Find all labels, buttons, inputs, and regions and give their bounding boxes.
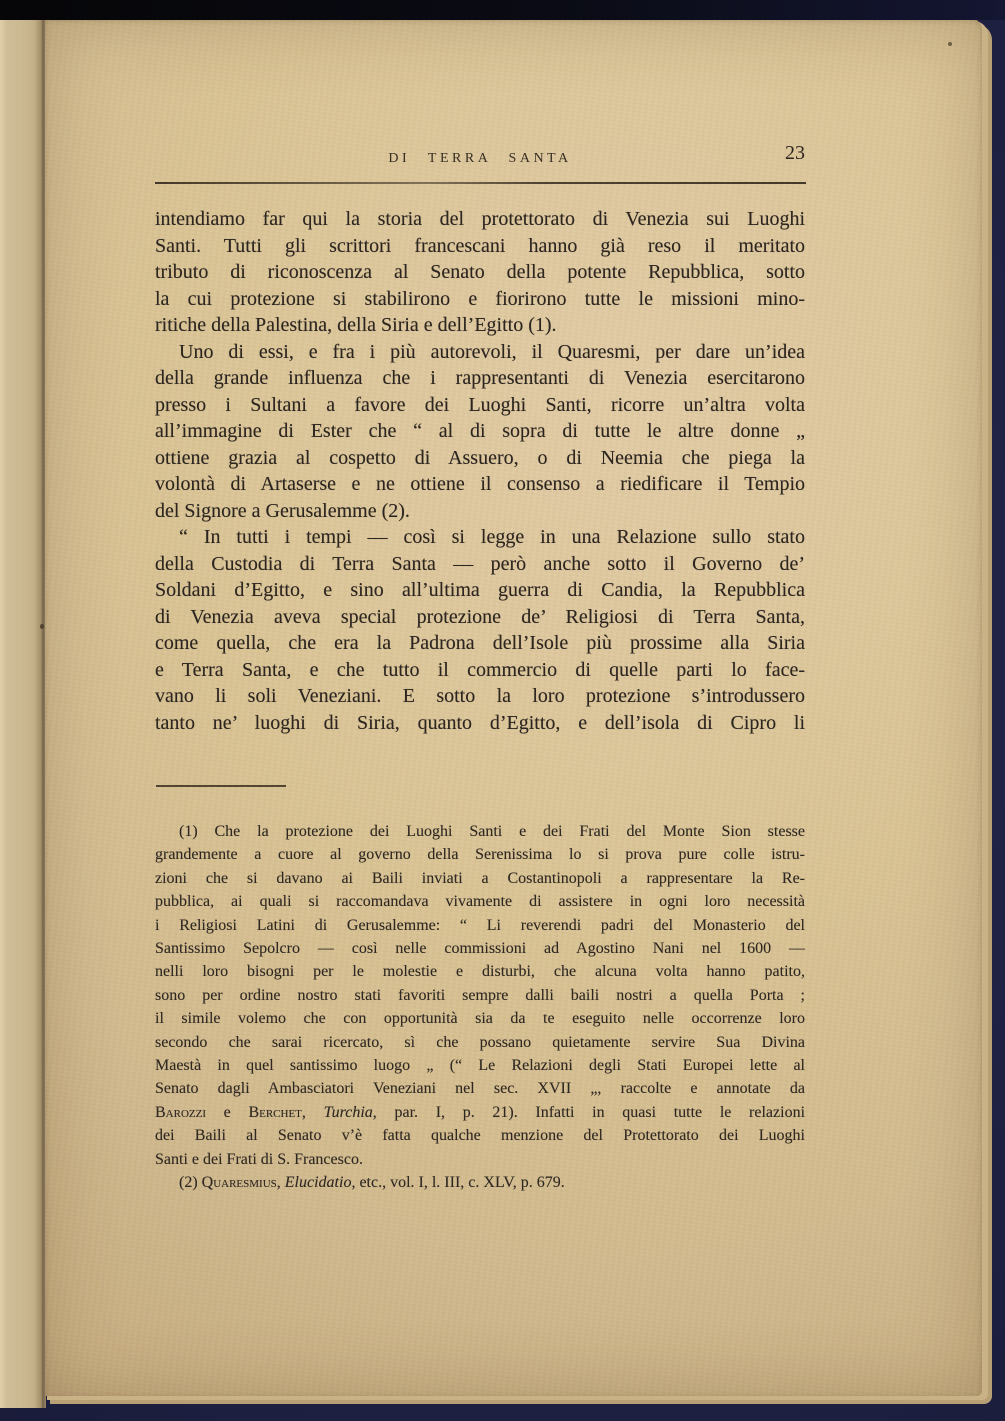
plain-text: volontà di Artaserse e ne ottiene il con… bbox=[155, 473, 805, 495]
plain-text: Senato dagli Ambasciatori Veneziani nel … bbox=[155, 1080, 805, 1097]
plain-text: grandemente a cuore al governo della Ser… bbox=[155, 846, 805, 863]
plain-text: Uno di essi, e fra i più autorevoli, il … bbox=[179, 341, 805, 363]
text-line: Santi. Tutti gli scrittori francescani h… bbox=[155, 233, 805, 260]
text-line: vano li soli Veneziani. E sotto la loro … bbox=[155, 683, 805, 710]
body-paragraph: intendiamo far qui la storia del protett… bbox=[155, 206, 805, 339]
body-paragraph: “ In tutti i tempi — così si legge in un… bbox=[155, 524, 805, 736]
paper-speck bbox=[40, 624, 44, 629]
plain-text: zioni che si davano ai Baili inviati a C… bbox=[155, 870, 805, 887]
text-line: volontà di Artaserse e ne ottiene il con… bbox=[155, 471, 805, 498]
plain-text: e Terra Santa, e che tutto il commercio … bbox=[155, 659, 805, 681]
smallcaps-text: Berchet bbox=[248, 1104, 301, 1121]
plain-text: intendiamo far qui la storia del protett… bbox=[155, 208, 805, 230]
plain-text: presso i Sultani a favore dei Luoghi San… bbox=[155, 394, 805, 416]
text-line: del Signore a Gerusalemme (2). bbox=[155, 498, 805, 525]
plain-text: del Signore a Gerusalemme (2). bbox=[155, 500, 410, 522]
text-line: nelli loro bisogni per le molestie e dis… bbox=[155, 960, 805, 983]
plain-text: la cui protezione si stabilirono e fiori… bbox=[155, 288, 805, 310]
page-number: 23 bbox=[155, 142, 805, 165]
plain-text: Santi e dei Frati di S. Francesco. bbox=[155, 1151, 363, 1168]
plain-text: , bbox=[302, 1104, 324, 1121]
plain-text: vano li soli Veneziani. E sotto la loro … bbox=[155, 685, 805, 707]
plain-text: pubblica, ai quali si raccomandava vivam… bbox=[155, 893, 805, 910]
plain-text: Santi. Tutti gli scrittori francescani h… bbox=[155, 235, 805, 257]
italic-text: Elucidatio bbox=[285, 1174, 352, 1191]
plain-text: “ In tutti i tempi — così si legge in un… bbox=[179, 526, 805, 548]
text-line: dei Baili al Senato v’è fatta qualche me… bbox=[155, 1124, 805, 1147]
text-line: tributo di riconoscenza al Senato della … bbox=[155, 259, 805, 286]
footnote: (1) Che la protezione dei Luoghi Santi e… bbox=[155, 820, 805, 1171]
text-line: Soldani d’Egitto, e sino all’ultima guer… bbox=[155, 577, 805, 604]
plain-text: e bbox=[206, 1104, 248, 1121]
text-line: Senato dagli Ambasciatori Veneziani nel … bbox=[155, 1077, 805, 1100]
scan-top-band bbox=[0, 0, 1005, 20]
plain-text: della Custodia di Terra Santa — però anc… bbox=[155, 553, 805, 575]
text-line: pubblica, ai quali si raccomandava vivam… bbox=[155, 890, 805, 913]
plain-text: dei Baili al Senato v’è fatta qualche me… bbox=[155, 1127, 805, 1144]
text-line: (1) Che la protezione dei Luoghi Santi e… bbox=[155, 820, 805, 843]
plain-text: , bbox=[277, 1174, 285, 1191]
plain-text: tanto ne’ luoghi di Siria, quanto d’Egit… bbox=[155, 712, 805, 734]
plain-text: secondo che sarai ricercato, sì che poss… bbox=[155, 1034, 805, 1051]
text-line: (2) Quaresmius, Elucidatio, etc., vol. I… bbox=[155, 1171, 805, 1194]
text-line: Uno di essi, e fra i più autorevoli, il … bbox=[155, 339, 805, 366]
body-text: intendiamo far qui la storia del protett… bbox=[155, 206, 805, 736]
text-line: Barozzi e Berchet, Turchia, par. I, p. 2… bbox=[155, 1101, 805, 1124]
plain-text: (1) Che la protezione dei Luoghi Santi e… bbox=[179, 823, 805, 840]
text-line: sono per ordine nostro stati favoriti se… bbox=[155, 984, 805, 1007]
header-rule bbox=[155, 182, 806, 184]
plain-text: , etc., vol. I, l. III, c. XLV, p. 679. bbox=[351, 1174, 564, 1191]
text-line: intendiamo far qui la storia del protett… bbox=[155, 206, 805, 233]
plain-text: Santissimo Sepolcro — così nelle commiss… bbox=[155, 940, 805, 957]
footnotes: (1) Che la protezione dei Luoghi Santi e… bbox=[155, 820, 805, 1195]
plain-text: come quella, che era la Padrona dell’Iso… bbox=[155, 632, 805, 654]
text-line: secondo che sarai ricercato, sì che poss… bbox=[155, 1031, 805, 1054]
plain-text: della grande influenza che i rappresenta… bbox=[155, 367, 805, 389]
text-line: ritiche della Palestina, della Siria e d… bbox=[155, 312, 805, 339]
plain-text: di Venezia aveva special protezione de’ … bbox=[155, 606, 805, 628]
body-paragraph: Uno di essi, e fra i più autorevoli, il … bbox=[155, 339, 805, 525]
plain-text: il simile volemo che con opportunità sia… bbox=[155, 1010, 805, 1027]
plain-text: (2) bbox=[179, 1174, 202, 1191]
plain-text: Maestà in quel santissimo luogo „ (“ Le … bbox=[155, 1057, 805, 1074]
paper-speck bbox=[948, 42, 952, 46]
plain-text: sono per ordine nostro stati favoriti se… bbox=[155, 987, 805, 1004]
gutter-page-edge bbox=[0, 14, 46, 1408]
book-photo-background: DI TERRA SANTA 23 intendiamo far qui la … bbox=[0, 0, 1005, 1421]
text-line: grandemente a cuore al governo della Ser… bbox=[155, 843, 805, 866]
text-line: Santissimo Sepolcro — così nelle commiss… bbox=[155, 937, 805, 960]
text-line: di Venezia aveva special protezione de’ … bbox=[155, 604, 805, 631]
text-line: Santi e dei Frati di S. Francesco. bbox=[155, 1148, 805, 1171]
plain-text: all’immagine di Ester che “ al di sopra … bbox=[155, 420, 805, 442]
text-line: Maestà in quel santissimo luogo „ (“ Le … bbox=[155, 1054, 805, 1077]
plain-text: ottiene grazia al cospetto di Assuero, o… bbox=[155, 447, 805, 469]
text-line: zioni che si davano ai Baili inviati a C… bbox=[155, 867, 805, 890]
text-line: ottiene grazia al cospetto di Assuero, o… bbox=[155, 445, 805, 472]
smallcaps-text: Barozzi bbox=[155, 1104, 206, 1121]
plain-text: i Religiosi Latini di Gerusalemme: “ Li … bbox=[155, 917, 805, 934]
plain-text: nelli loro bisogni per le molestie e dis… bbox=[155, 963, 805, 980]
italic-text: Turchia bbox=[324, 1104, 373, 1121]
text-line: “ In tutti i tempi — così si legge in un… bbox=[155, 524, 805, 551]
text-line: il simile volemo che con opportunità sia… bbox=[155, 1007, 805, 1030]
plain-text: ritiche della Palestina, della Siria e d… bbox=[155, 314, 557, 336]
text-line: come quella, che era la Padrona dell’Iso… bbox=[155, 630, 805, 657]
text-line: presso i Sultani a favore dei Luoghi San… bbox=[155, 392, 805, 419]
text-line: della grande influenza che i rappresenta… bbox=[155, 365, 805, 392]
smallcaps-text: Quaresmius bbox=[202, 1174, 277, 1191]
text-line: tanto ne’ luoghi di Siria, quanto d’Egit… bbox=[155, 710, 805, 737]
text-line: i Religiosi Latini di Gerusalemme: “ Li … bbox=[155, 914, 805, 937]
text-line: la cui protezione si stabilirono e fiori… bbox=[155, 286, 805, 313]
text-line: all’immagine di Ester che “ al di sopra … bbox=[155, 418, 805, 445]
footnote-separator-rule bbox=[156, 785, 286, 787]
plain-text: tributo di riconoscenza al Senato della … bbox=[155, 261, 805, 283]
plain-text: Soldani d’Egitto, e sino all’ultima guer… bbox=[155, 579, 805, 601]
footnote: (2) Quaresmius, Elucidatio, etc., vol. I… bbox=[155, 1171, 805, 1194]
text-line: e Terra Santa, e che tutto il commercio … bbox=[155, 657, 805, 684]
text-line: della Custodia di Terra Santa — però anc… bbox=[155, 551, 805, 578]
plain-text: , par. I, p. 21). Infatti in quasi tutte… bbox=[373, 1104, 805, 1121]
